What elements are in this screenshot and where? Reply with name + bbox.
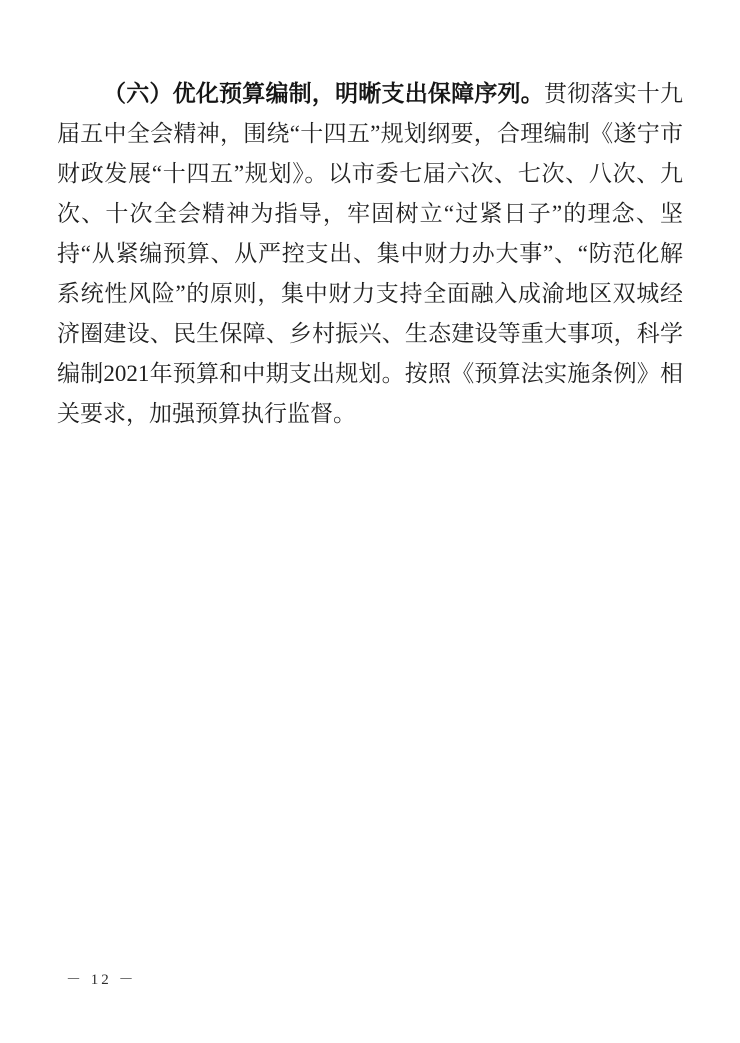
document-content: （六）优化预算编制，明晰支出保障序列。贯彻落实十九届五中全会精神，围绕“十四五”…: [57, 74, 683, 434]
paragraph-body: 贯彻落实十九届五中全会精神，围绕“十四五”规划纲要，合理编制《遂宁市财政发展“十…: [57, 81, 683, 426]
paragraph: （六）优化预算编制，明晰支出保障序列。贯彻落实十九届五中全会精神，围绕“十四五”…: [57, 74, 683, 434]
section-heading: （六）优化预算编制，明晰支出保障序列。: [103, 81, 544, 106]
page-number: － 12 －: [66, 969, 137, 991]
document-page: （六）优化预算编制，明晰支出保障序列。贯彻落实十九届五中全会精神，围绕“十四五”…: [0, 0, 740, 1043]
